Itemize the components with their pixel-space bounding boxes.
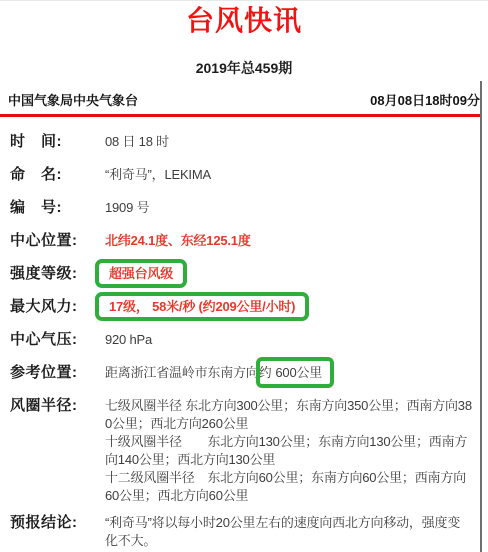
field-row-name: 命 名: “利奇马”，LEKIMA — [10, 166, 488, 199]
right-edge-line — [480, 81, 482, 552]
name-label: 命 名: — [10, 166, 105, 183]
wind-circle-line: 七级风圈半径 东北方向300公里；东南方向350公里；西南方向38 — [105, 397, 472, 415]
intensity-highlight-box: 超强台风级 — [95, 259, 187, 288]
forecast-line: “利奇马”将以每小时20公里左右的速度向西北方向移动，强度变 — [105, 514, 460, 532]
field-row-pressure: 中心气压: 920 hPa — [10, 331, 488, 364]
reference-position-value: 距离浙江省温岭市东南方向约600公里 — [105, 364, 334, 381]
intensity-value: 超强台风级 — [105, 265, 187, 282]
publish-datetime: 08月08日18时09分 — [370, 93, 480, 109]
reference-position-label: 参考位置: — [10, 364, 105, 381]
max-wind-label: 最大风力: — [10, 298, 105, 315]
wind-circle-line: 0公里；西北方向260公里 — [105, 415, 472, 433]
max-wind-value: 17级， 58米/秒 (约209公里/小时) — [105, 298, 309, 315]
time-label: 时 间: — [10, 133, 105, 150]
wind-circle-label: 风圈半径: — [10, 397, 105, 414]
wind-circle-line: 十级风圈半径 东北方向130公里；东南方向130公里；西南方 — [105, 433, 472, 451]
reference-position-text: 距离浙江省温岭市东南方向约 — [105, 365, 271, 380]
field-row-forecast: 预报结论: “利奇马”将以每小时20公里左右的速度向西北方向移动，强度变 化不大… — [10, 514, 488, 550]
wind-circle-line: 十二级风圈半径 东北方向60公里；东南方向60公里；西南方向 — [105, 469, 472, 487]
wind-circle-value: 七级风圈半径 东北方向300公里；东南方向350公里；西南方向38 0公里；西北… — [105, 397, 472, 505]
field-row-max-wind: 最大风力: 17级， 58米/秒 (约209公里/小时) — [10, 298, 488, 331]
issue-number: 2019年总459期 — [0, 60, 488, 76]
max-wind-highlight-box: 17级， 58米/秒 (约209公里/小时) — [95, 292, 309, 321]
number-label: 编 号: — [10, 199, 105, 216]
wind-circle-line: 向140公里；西北方向130公里 — [105, 451, 472, 469]
wind-circle-line: 60公里；西北方向60公里 — [105, 487, 472, 505]
forecast-line: 化不大。 — [105, 532, 460, 550]
typhoon-bulletin: 台风快讯 2019年总459期 中国气象局中央气象台 08月08日18时09分 … — [0, 0, 488, 552]
number-value: 1909 号 — [105, 199, 149, 216]
intensity-label: 强度等级: — [10, 265, 105, 282]
field-row-time: 时 间: 08 日 18 时 — [10, 133, 488, 166]
field-row-center-position: 中心位置: 北纬24.1度、东经125.1度 — [10, 232, 488, 265]
center-position-value: 北纬24.1度、东经125.1度 — [105, 232, 251, 249]
agency-name: 中国气象局中央气象台 — [8, 93, 138, 109]
pressure-label: 中心气压: — [10, 331, 105, 348]
name-value: “利奇马”，LEKIMA — [105, 166, 211, 183]
pressure-value: 920 hPa — [105, 331, 152, 348]
field-row-number: 编 号: 1909 号 — [10, 199, 488, 232]
center-position-label: 中心位置: — [10, 232, 105, 249]
field-rows: 时 间: 08 日 18 时 命 名: “利奇马”，LEKIMA 编 号: 19… — [0, 117, 488, 550]
time-value: 08 日 18 时 — [105, 133, 169, 150]
distance-highlight-box: 600公里 — [256, 357, 334, 388]
page-title: 台风快讯 — [0, 1, 488, 37]
header: 中国气象局中央气象台 08月08日18时09分 — [0, 93, 488, 109]
forecast-value: “利奇马”将以每小时20公里左右的速度向西北方向移动，强度变 化不大。 — [105, 514, 460, 550]
forecast-label: 预报结论: — [10, 514, 105, 531]
field-row-wind-circle: 风圈半径: 七级风圈半径 东北方向300公里；东南方向350公里；西南方向38 … — [10, 397, 488, 505]
field-row-reference-position: 参考位置: 距离浙江省温岭市东南方向约600公里 — [10, 364, 488, 397]
